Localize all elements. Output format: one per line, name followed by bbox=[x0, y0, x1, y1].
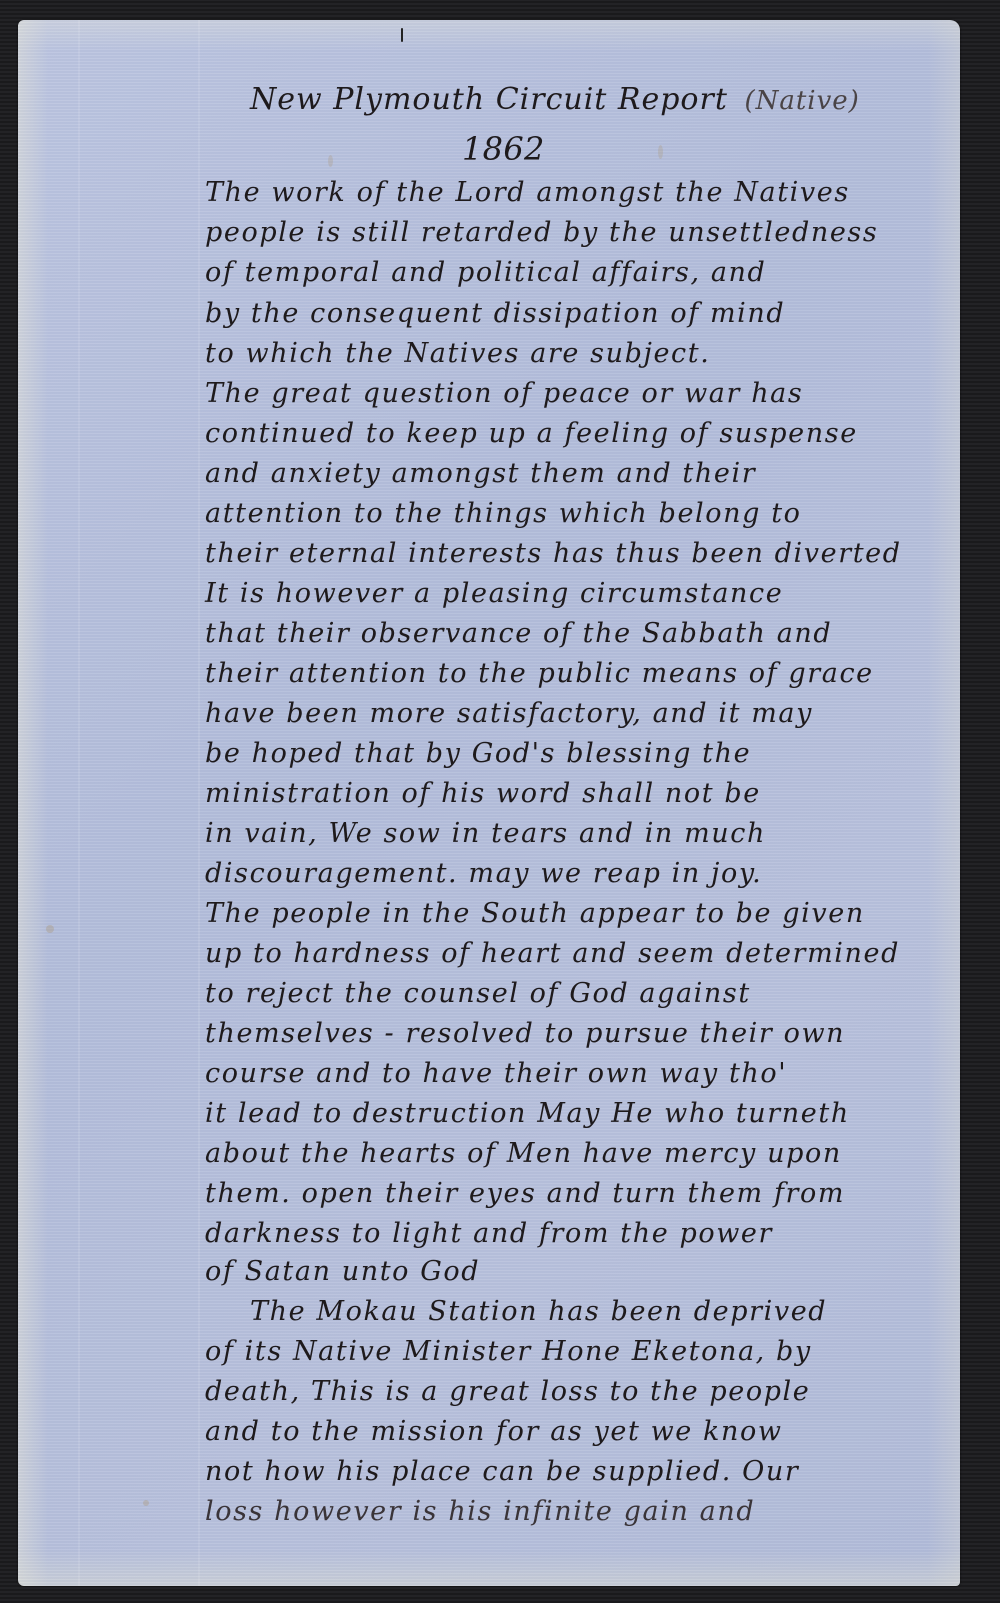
text-line: in vain, We sow in tears and in much bbox=[205, 818, 766, 849]
text-line: death, This is a great loss to the peopl… bbox=[205, 1376, 810, 1407]
paper-fold-line bbox=[78, 20, 80, 1586]
text-line: and anxiety amongst them and their bbox=[205, 458, 756, 489]
text-line: it lead to destruction May He who turnet… bbox=[205, 1098, 850, 1129]
paper-stain bbox=[328, 155, 333, 167]
text-line: ministration of his word shall not be bbox=[205, 778, 761, 809]
text-line: them. open their eyes and turn them from bbox=[205, 1178, 845, 1209]
paper-stain bbox=[143, 1500, 149, 1506]
text-line: and to the mission for as yet we know bbox=[205, 1416, 783, 1447]
text-line: The great question of peace or war has bbox=[205, 378, 803, 409]
text-line: not how his place can be supplied. Our bbox=[205, 1456, 799, 1487]
text-line: course and to have their own way tho' bbox=[205, 1058, 787, 1089]
text-line: up to hardness of heart and seem determi… bbox=[205, 938, 900, 969]
text-line: be hoped that by God's blessing the bbox=[205, 738, 751, 769]
text-line: by the consequent dissipation of mind bbox=[205, 298, 785, 329]
text-line: their eternal interests has thus been di… bbox=[205, 538, 902, 569]
text-line: of Satan unto God bbox=[205, 1256, 480, 1287]
text-line: It is however a pleasing circumstance bbox=[205, 578, 783, 609]
text-line: of its Native Minister Hone Eketona, by bbox=[205, 1336, 812, 1367]
text-line: darkness to light and from the power bbox=[205, 1218, 773, 1249]
text-line: themselves - resolved to pursue their ow… bbox=[205, 1018, 845, 1049]
document-title: New Plymouth Circuit Report (Native) bbox=[250, 82, 860, 117]
text-line: people is still retarded by the unsettle… bbox=[205, 217, 878, 248]
text-line: that their observance of the Sabbath and bbox=[205, 618, 832, 649]
text-line: The people in the South appear to be giv… bbox=[205, 898, 865, 929]
text-line: of temporal and political affairs, and bbox=[205, 257, 766, 288]
text-line: have been more satisfactory, and it may bbox=[205, 698, 813, 729]
text-line: to which the Natives are subject. bbox=[205, 338, 710, 369]
document-year: 1862 bbox=[462, 130, 545, 168]
text-line: their attention to the public means of g… bbox=[205, 658, 874, 689]
text-line: The work of the Lord amongst the Natives bbox=[205, 177, 850, 208]
paper-fold-line bbox=[198, 20, 200, 1586]
title-text: New Plymouth Circuit Report bbox=[250, 82, 728, 117]
text-line: attention to the things which belong to bbox=[205, 498, 802, 529]
text-line: about the hearts of Men have mercy upon bbox=[205, 1138, 842, 1169]
text-line: The Mokau Station has been deprived bbox=[250, 1296, 827, 1327]
paper-stain bbox=[46, 925, 54, 933]
ink-mark bbox=[401, 28, 403, 42]
paper-stain bbox=[658, 145, 663, 159]
title-note: (Native) bbox=[744, 86, 859, 116]
text-line: to reject the counsel of God against bbox=[205, 978, 751, 1009]
text-line: continued to keep up a feeling of suspen… bbox=[205, 418, 858, 449]
text-line: discouragement. may we reap in joy. bbox=[205, 858, 762, 889]
text-line: loss however is his infinite gain and bbox=[205, 1496, 755, 1527]
